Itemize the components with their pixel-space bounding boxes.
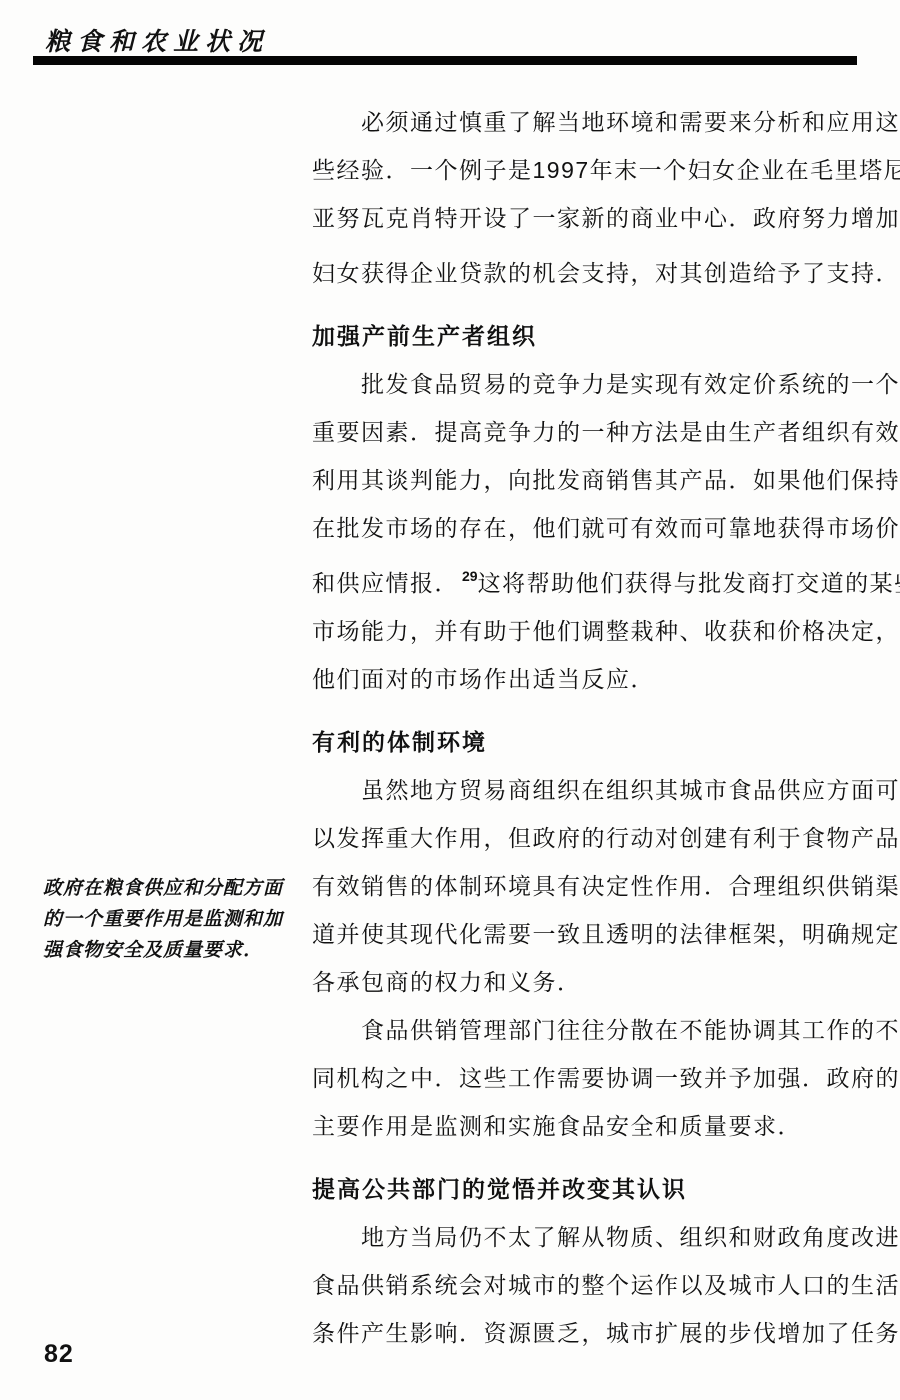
text-segment: 以发挥重大作用，但政府的行动对创建有利于食物产品 [312,825,900,851]
document-page: 粮食和农业状况 政府在粮食供应和分配方面的一个重要作用是监测和加强食物安全及质量… [0,0,900,1400]
content-column: 必须通过慎重了解当地环境和需要来分析和应用这些经验．一个例子是1997年末一个妇… [312,98,882,1357]
text-line: 条件产生影响．资源匮乏，城市扩展的步伐增加了任务 [312,1309,882,1357]
body-paragraph: 批发食品贸易的竞争力是实现有效定价系统的一个重要因素．提高竞争力的一种方法是由生… [312,360,882,703]
text-segment: 同机构之中．这些工作需要协调一致并予加强．政府的 [312,1065,900,1091]
section-heading: 有利的体制环境 [312,718,882,766]
text-line: 同机构之中．这些工作需要协调一致并予加强．政府的 [312,1054,882,1102]
text-segment: 在批发市场的存在，他们就可有效而可靠地获得市场价格 [312,515,900,541]
body-paragraph: 地方当局仍不太了解从物质、组织和财政角度改进食品供销系统会对城市的整个运作以及城… [312,1213,882,1357]
text-segment: 重要因素．提高竞争力的一种方法是由生产者组织有效 [312,419,900,445]
text-segment: 道并使其现代化需要一致且透明的法律框架，明确规定 [312,921,900,947]
text-line: 有效销售的体制环境具有决定性作用．合理组织供销渠 [312,862,882,910]
margin-note-line: 政府在粮食供应和分配方面 [43,873,273,904]
body-paragraph: 食品供销管理部门往往分散在不能协调其工作的不同机构之中．这些工作需要协调一致并予… [312,1006,882,1150]
text-segment: 和供应情报． [312,570,459,596]
body-paragraph: 虽然地方贸易商组织在组织其城市食品供应方面可以发挥重大作用，但政府的行动对创建有… [312,766,882,1006]
text-line: 道并使其现代化需要一致且透明的法律框架，明确规定 [312,910,882,958]
text-segment: 他们面对的市场作出适当反应． [312,666,655,692]
text-segment: 批发食品贸易的竞争力是实现有效定价系统的一个 [361,371,900,397]
page-number: 82 [44,1340,74,1369]
text-line: 地方当局仍不太了解从物质、组织和财政角度改进 [312,1213,882,1261]
section-heading: 加强产前生产者组织 [312,312,882,360]
text-segment: 地方当局仍不太了解从物质、组织和财政角度改进 [361,1224,900,1250]
text-segment: 必须通过慎重了解当地环境和需要来分析和应用这 [361,109,900,135]
text-segment: 食品供销系统会对城市的整个运作以及城市人口的生活 [312,1272,900,1298]
text-segment: 这将帮助他们获得与批发商打交道的某些 [478,570,900,596]
footnote-reference: 29 [462,568,478,584]
margin-note: 政府在粮食供应和分配方面的一个重要作用是监测和加强食物安全及质量要求． [43,873,273,966]
text-segment: 有效销售的体制环境具有决定性作用．合理组织供销渠 [312,873,900,899]
text-line: 妇女获得企业贷款的机会支持，对其创造给予了支持．28 [312,242,882,297]
text-line: 主要作用是监测和实施食品安全和质量要求． [312,1102,882,1150]
margin-note-line: 强食物安全及质量要求． [43,935,273,966]
text-line: 各承包商的权力和义务． [312,958,882,1006]
running-header-title: 粮食和农业状况 [45,22,269,58]
text-line: 亚努瓦克肖特开设了一家新的商业中心．政府努力增加 [312,194,882,242]
text-line: 市场能力，并有助于他们调整栽种、收获和价格决定，对 [312,607,882,655]
text-line: 批发食品贸易的竞争力是实现有效定价系统的一个 [312,360,882,408]
text-line: 虽然地方贸易商组织在组织其城市食品供应方面可 [312,766,882,814]
text-line: 食品供销管理部门往往分散在不能协调其工作的不 [312,1006,882,1054]
text-segment: 市场能力，并有助于他们调整栽种、收获和价格决定，对 [312,618,900,644]
text-line: 他们面对的市场作出适当反应． [312,655,882,703]
text-segment: 食品供销管理部门往往分散在不能协调其工作的不 [361,1017,900,1043]
text-line: 利用其谈判能力，向批发商销售其产品．如果他们保持 [312,456,882,504]
text-line: 些经验．一个例子是1997年末一个妇女企业在毛里塔尼 [312,146,882,194]
text-line: 食品供销系统会对城市的整个运作以及城市人口的生活 [312,1261,882,1309]
text-segment: 利用其谈判能力，向批发商销售其产品．如果他们保持 [312,467,900,493]
text-segment: 主要作用是监测和实施食品安全和质量要求． [312,1113,802,1139]
margin-note-line: 的一个重要作用是监测和加 [43,904,273,935]
text-line: 必须通过慎重了解当地环境和需要来分析和应用这 [312,98,882,146]
header-rule [33,56,857,65]
text-segment: 亚努瓦克肖特开设了一家新的商业中心．政府努力增加 [312,205,900,231]
body-paragraph: 必须通过慎重了解当地环境和需要来分析和应用这些经验．一个例子是1997年末一个妇… [312,98,882,297]
text-segment: 些经验．一个例子是1997年末一个妇女企业在毛里塔尼 [312,157,900,183]
text-segment: 妇女获得企业贷款的机会支持，对其创造给予了支持． [312,260,900,286]
text-segment: 虽然地方贸易商组织在组织其城市食品供应方面可 [361,777,900,803]
section-heading: 提高公共部门的觉悟并改变其认识 [312,1165,882,1213]
text-line: 在批发市场的存在，他们就可有效而可靠地获得市场价格 [312,504,882,552]
text-line: 重要因素．提高竞争力的一种方法是由生产者组织有效 [312,408,882,456]
text-segment: 各承包商的权力和义务． [312,969,582,995]
text-line: 以发挥重大作用，但政府的行动对创建有利于食物产品 [312,814,882,862]
text-line: 和供应情报．29这将帮助他们获得与批发商打交道的某些 [312,552,882,607]
text-segment: 条件产生影响．资源匮乏，城市扩展的步伐增加了任务 [312,1320,900,1346]
